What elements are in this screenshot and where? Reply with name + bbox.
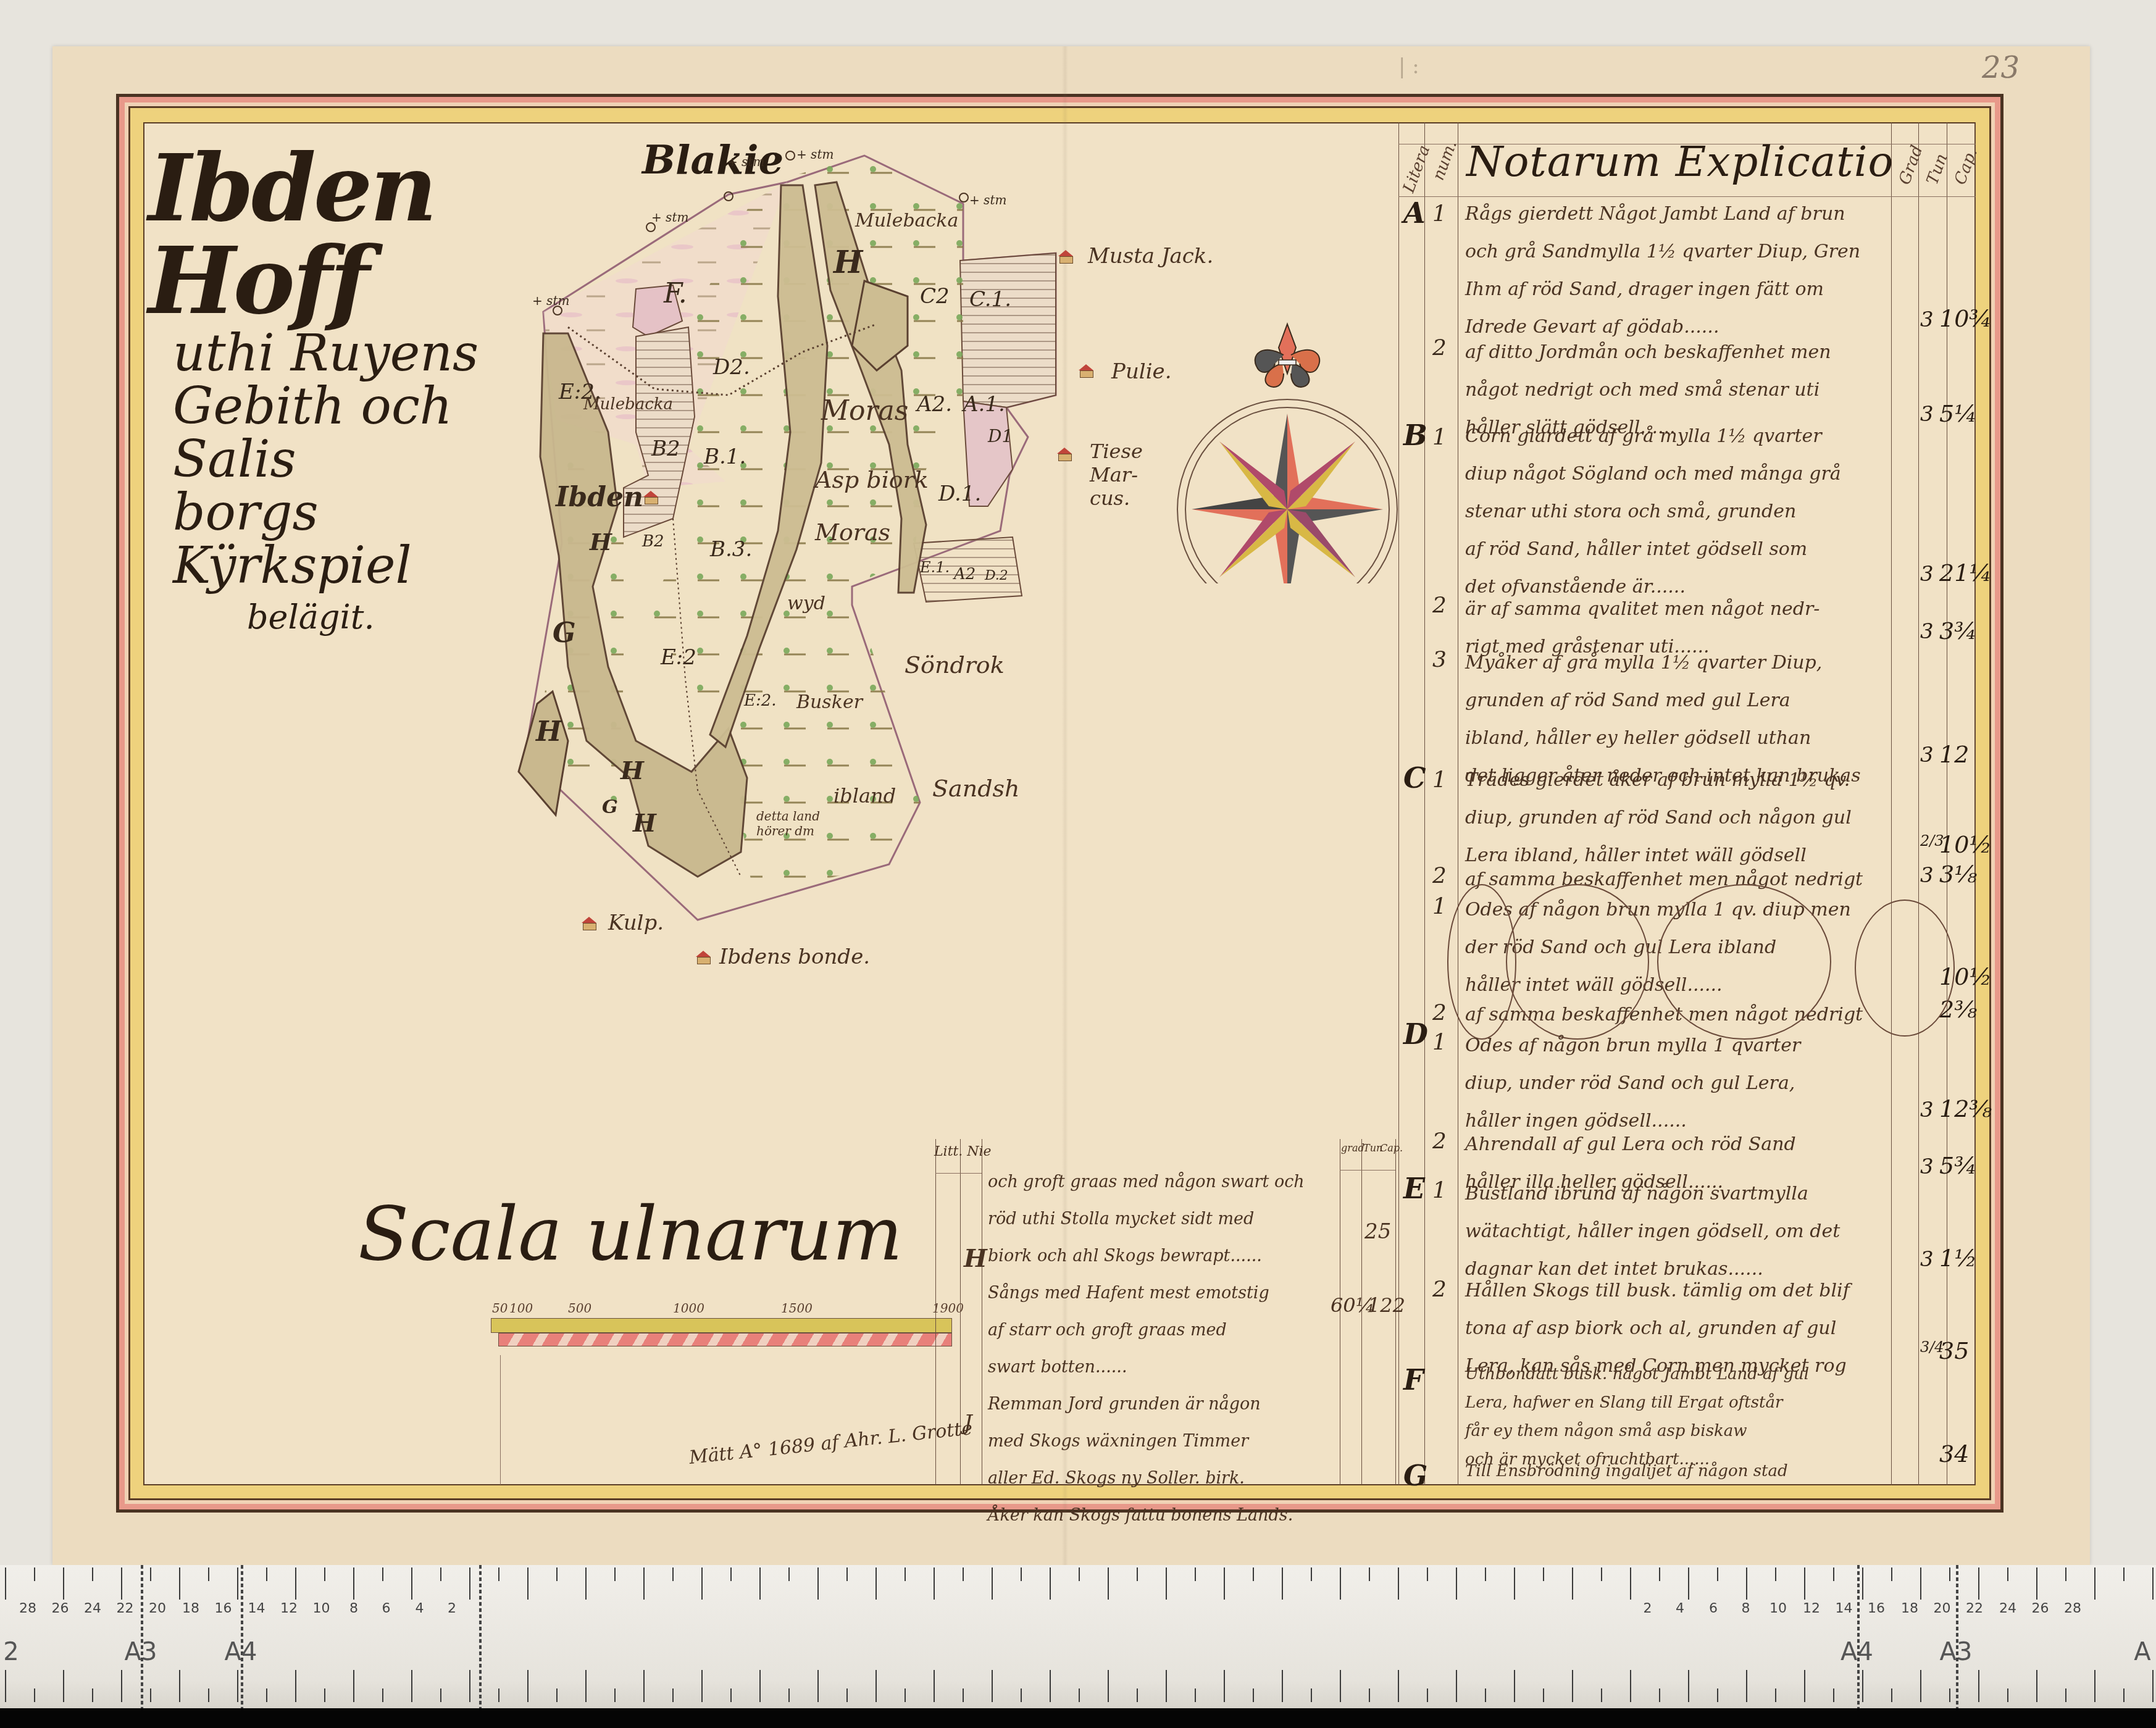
ruler-number: 18 [1901, 1601, 1918, 1616]
row-grade: 3 [1920, 402, 1934, 427]
row-line: af ditto Jordmån och beskaffenhet men [1465, 333, 1916, 371]
ruler-number: 6 [382, 1601, 391, 1616]
ruler-tick [1978, 1567, 1979, 1600]
row-line: grunden af röd Sand med gul Lera [1465, 682, 1916, 719]
ruler-tick [1717, 1688, 1718, 1702]
row-grade: 3 [1920, 1098, 1934, 1122]
ruler-tick [266, 1567, 267, 1581]
ruler-tick [992, 1567, 993, 1600]
label-moras: Moras [821, 395, 908, 427]
farmhouse-icon [1056, 448, 1073, 460]
scale-bar-red [498, 1333, 952, 1346]
ruler-tick [1775, 1567, 1776, 1581]
row-line: Till Ensbrödning ingalijet af någon stad [1465, 1459, 1916, 1484]
bottom-table-description: och groft graas med någon swart och röd … [988, 1164, 1309, 1534]
ruler-tick [469, 1670, 470, 1702]
row-number: 1 [1432, 201, 1447, 227]
ruler-tick [237, 1567, 238, 1600]
row-value-cap: 122 [1368, 1293, 1405, 1317]
row-area: 5¾ [1939, 1152, 1977, 1179]
row-value-tun: 25 [1364, 1219, 1391, 1244]
column-header-num: num. [1429, 138, 1461, 183]
ruler-tick [1717, 1567, 1718, 1581]
row-line: Åker kan Skogs fattu bonens Lands. [988, 1497, 1309, 1534]
ruler-tick [643, 1567, 645, 1600]
parcel-label-a2: A2. [917, 392, 952, 417]
ruler-format-label: A3 [125, 1638, 157, 1666]
ruler-tick [1920, 1567, 1921, 1600]
row-area: 10½ [1939, 831, 1992, 858]
ruler-format-label: A4 [225, 1638, 257, 1666]
row-area: 10¾ [1939, 305, 1992, 332]
ruler-tick [1224, 1670, 1225, 1702]
ruler-tick [1224, 1567, 1225, 1600]
parcel-label-c1: C.1. [969, 287, 1011, 312]
ruler-tick [1369, 1567, 1370, 1581]
ruler-number: 24 [1999, 1601, 2016, 1616]
row-line: Hållen Skogs till busk. tämlig om det bl… [1465, 1272, 1916, 1309]
ruler-tick [556, 1688, 558, 1702]
ruler-tick [1688, 1567, 1689, 1600]
ruler-tick [1311, 1688, 1312, 1702]
ruler-tick [324, 1567, 325, 1581]
parcel-label-mulebacka: Mulebacka [583, 395, 673, 414]
row-number: 2 [1432, 1277, 1447, 1302]
ruler-tick [382, 1567, 383, 1581]
ruler-tick [1398, 1567, 1399, 1600]
ruler-tick [556, 1567, 558, 1581]
ruler-tick [614, 1688, 616, 1702]
ruler-tick [1485, 1688, 1486, 1702]
ruler-number: 10 [1770, 1601, 1787, 1616]
row-line: Remman Jord grunden är någon [988, 1386, 1309, 1423]
table-rule [982, 1139, 982, 1485]
row-area: 35 [1939, 1337, 1969, 1364]
ruler-tick [1079, 1688, 1080, 1702]
row-area: 1½ [1939, 1245, 1977, 1272]
format-marker-line [241, 1565, 243, 1708]
row-line: af röd Sand, håller intet gödsell som [1465, 530, 1916, 568]
farmhouse-icon [695, 951, 712, 963]
ruler-tick [1978, 1670, 1979, 1702]
ruler-tick [411, 1670, 412, 1702]
row-letter: F [1403, 1363, 1424, 1396]
row-area: 5¼ [1939, 400, 1977, 427]
ruler-tick [1253, 1688, 1254, 1702]
title-line-3: Gebith och Salis [173, 380, 568, 486]
row-line: aller Ed. Skogs ny Soller. birk. [988, 1460, 1309, 1497]
scale-tick: 1500 [781, 1301, 813, 1316]
ruler-number: 14 [248, 1601, 265, 1616]
row-description: Odes af någon brun mylla 1 qvarter diup,… [1465, 1027, 1916, 1140]
table-rule [1340, 1170, 1395, 1171]
ruler-tick [1804, 1567, 1805, 1600]
ruler-tick [295, 1670, 296, 1702]
parcel-label-b3: B.3. [710, 537, 752, 562]
ruler-tick [1021, 1567, 1022, 1581]
boundary-mark-1: + stm [727, 154, 764, 169]
pencil-mark: | : [1398, 54, 1419, 79]
row-line: och grå Sandmylla 1½ qvarter Diup, Gren [1465, 233, 1916, 270]
title-line-4: borgs Kÿrkspiel [173, 486, 568, 593]
ruler-tick [2152, 1567, 2154, 1600]
row-line: tona af asp biork och al, grunden af gul [1465, 1309, 1916, 1347]
ruler-tick [1514, 1567, 1515, 1600]
label-ibland: ibland [834, 784, 896, 808]
row-number: 1 [1432, 425, 1447, 450]
row-line: diup något Sögland och med många grå [1465, 455, 1916, 493]
table-rule [935, 1173, 982, 1174]
ruler-number: 16 [215, 1601, 232, 1616]
ruler-tick [1601, 1567, 1602, 1581]
parcel-label-h-north: H [834, 244, 863, 280]
ruler-tick [2123, 1688, 2125, 1702]
ruler-tick [905, 1688, 906, 1702]
parcel-label-d2: D2. [713, 355, 750, 380]
row-line: Myåker af grå mylla 1½ qvarter Diup, [1465, 644, 1916, 682]
row-letter: A [1403, 196, 1426, 230]
boundary-mark-2: + stm [796, 147, 834, 162]
boundary-mark-3: + stm [651, 210, 688, 225]
parcel-label-f: F. [664, 278, 687, 309]
row-area: 3¾ [1939, 617, 1977, 645]
ruler-tick [1311, 1567, 1312, 1581]
row-line: och groft graas med någon swart och [988, 1164, 1309, 1201]
ruler-tick [1108, 1567, 1109, 1600]
ruler-tick [817, 1567, 819, 1600]
ruler-tick [2036, 1567, 2037, 1600]
ruler-tick [788, 1567, 790, 1581]
ruler-tick [1833, 1567, 1834, 1581]
row-line: wätachtigt, håller ingen gödsell, om det [1465, 1213, 1916, 1250]
ruler-format-label: A3 [1940, 1638, 1973, 1666]
ruler-tick [498, 1688, 499, 1702]
parcel-label-e1: E.1. [920, 559, 950, 576]
parcel-label-e2-south: E:2 [661, 645, 696, 670]
ruler-tick [1862, 1567, 1863, 1600]
label-asp-biork: Asp biork [815, 466, 929, 493]
ruler-tick [934, 1670, 935, 1702]
parcel-label-h-pond: H [633, 809, 656, 838]
ruler-number: 8 [349, 1601, 358, 1616]
row-description: Till Ensbrödning ingalijet af någon stad [1465, 1459, 1916, 1484]
ruler-tick [585, 1670, 587, 1702]
scan-bed-edge [0, 1708, 2156, 1728]
fleur-de-lis-icon [1255, 324, 1320, 387]
row-grade: 3 [1920, 743, 1934, 767]
ruler-format-label: A4 [1841, 1638, 1873, 1666]
parcel-label-c2: C2 [920, 284, 950, 309]
ruler-tick [63, 1567, 64, 1600]
bottom-description-table: Litt. Nie grad Tun Cap. H J och groft gr… [935, 1139, 1395, 1485]
ruler-tick [1514, 1670, 1515, 1702]
row-line: Corn giardett af grå mylla 1½ qvarter [1465, 417, 1916, 455]
ruler-number: 4 [416, 1601, 424, 1616]
ruler-tick [208, 1567, 209, 1581]
parcel-label-b2-lower: B2 [642, 532, 664, 551]
row-line: med Skogs wäxningen Timmer [988, 1423, 1309, 1460]
place-ibden: Ibden [556, 482, 643, 513]
ruler-tick [1485, 1567, 1486, 1581]
parcel-label-d1-small: D1 [988, 426, 1013, 446]
row-line: stenar uthi stora och små, grunden [1465, 493, 1916, 530]
row-letter: C [1403, 761, 1426, 795]
ruler-tick [788, 1688, 790, 1702]
ruler-tick [1891, 1567, 1892, 1581]
parcel-label-h-southwest: H [536, 716, 562, 748]
row-area: 12⅜ [1939, 1095, 1992, 1122]
table-rule [1918, 122, 1919, 1485]
column-header-grad: grad [1341, 1142, 1364, 1154]
ruler-tick [992, 1670, 993, 1702]
ruler-tick [2152, 1670, 2154, 1702]
scale-tick: 100 [509, 1301, 533, 1316]
row-line: får ey them någon små asp biskaw [1465, 1417, 1916, 1445]
ruler-tick [237, 1670, 238, 1702]
scale-frame-line [500, 1355, 501, 1485]
ruler-tick [701, 1567, 703, 1600]
label-moras-lower: Moras [815, 519, 890, 546]
format-marker-line [141, 1565, 143, 1708]
label-sondrok: Söndrok [905, 651, 1005, 678]
ruler-tick [411, 1567, 412, 1600]
ruler-tick [150, 1688, 151, 1702]
row-grade: 3 [1920, 619, 1934, 644]
label-detta-land: detta land hörer dm [756, 809, 824, 838]
ruler-edge-label: 2 [3, 1638, 19, 1666]
row-line: Trädes gierdet åker af brun mylla 1½ qv. [1465, 761, 1916, 799]
ruler-tick [1891, 1688, 1892, 1702]
ruler-tick [672, 1688, 674, 1702]
row-line: af starr och groft graas med [988, 1312, 1309, 1349]
format-marker-line [1857, 1565, 1860, 1708]
map-title: Ibden Hoff uthi Ruyens Gebith och Salis … [148, 142, 568, 637]
ruler-number: 20 [149, 1601, 166, 1616]
ruler-tick [905, 1567, 906, 1581]
ruler-tick [1050, 1670, 1051, 1702]
row-line: Bustland ibrund af någon svartmylla [1465, 1175, 1916, 1213]
parcel-label-h-south: H [620, 756, 644, 785]
notarum-explicatio-table: Litera num. Grad Tun Cap. Notarum Explic… [1398, 122, 1976, 1485]
ruler-tick [759, 1567, 761, 1600]
ruler-tick [1659, 1567, 1660, 1581]
row-description: Trädes gierdet åker af brun mylla 1½ qv.… [1465, 761, 1916, 874]
notes-table-title: Notarum Explicatio [1466, 138, 1894, 186]
row-description: Rågs gierdett Något Jambt Land af brun o… [1465, 195, 1916, 346]
place-ibdens-bonde: Ibdens bonde. [719, 945, 870, 969]
column-header-litt: Litt. Nie [934, 1144, 992, 1159]
ruler-tick [1456, 1567, 1457, 1600]
ruler-tick [1253, 1567, 1254, 1581]
row-grade: 3 [1920, 1154, 1934, 1179]
row-line: något nedrigt och med små stenar uti [1465, 371, 1916, 409]
row-line: Odes af någon brun mylla 1 qvarter [1465, 1027, 1916, 1064]
ruler-tick [1572, 1567, 1573, 1600]
ruler-tick [121, 1670, 122, 1702]
scale-tick: 500 [568, 1301, 591, 1316]
parcel-label-d2-south: D.2 [985, 568, 1008, 583]
ruler-tick [672, 1567, 674, 1581]
ruler-tick [1427, 1567, 1428, 1581]
ruler-tick [382, 1688, 383, 1702]
parcel-label-b2: B2 [651, 436, 680, 461]
ruler-tick [1079, 1567, 1080, 1581]
parcel-label-a1: A.1. [963, 392, 1005, 417]
row-line: Sångs med Hafent mest emotstig [988, 1275, 1309, 1312]
ruler-number: 10 [313, 1601, 330, 1616]
farmhouse-icon [1077, 364, 1095, 377]
ruler-tick [1340, 1670, 1341, 1702]
format-marker-line [1956, 1565, 1958, 1708]
farmhouse-icon [580, 917, 598, 929]
title-line-2: uthi Ruyens [173, 327, 568, 380]
parcel-label-e2-east: E:2. [744, 691, 777, 710]
row-number: 2 [1432, 593, 1447, 618]
format-marker-line [479, 1565, 482, 1708]
ruler-tick [585, 1567, 587, 1600]
ruler-tick [934, 1567, 935, 1600]
table-rule [1424, 122, 1425, 1485]
row-area: 21¼ [1939, 559, 1992, 586]
ruler-tick [353, 1567, 354, 1600]
ruler-tick [5, 1670, 6, 1702]
ruler-number: 22 [117, 1601, 134, 1616]
ruler-tick [527, 1567, 529, 1600]
ruler-tick [2065, 1688, 2066, 1702]
row-area: 34 [1939, 1440, 1969, 1467]
row-letter: G [1403, 1459, 1427, 1492]
ruler-tick [150, 1567, 151, 1581]
label-busker: Busker [796, 691, 863, 713]
ruler-number: 12 [280, 1601, 298, 1616]
place-pulie: Pulie. [1111, 359, 1171, 384]
ruler-number: 6 [1709, 1601, 1718, 1616]
column-header-grad: Grad [1895, 143, 1927, 188]
row-grade: 3 [1920, 562, 1934, 586]
ruler-tick [846, 1688, 848, 1702]
ruler-tick [1398, 1670, 1399, 1702]
scale-tick: 50 [492, 1301, 508, 1316]
row-letter: D [1403, 1017, 1428, 1051]
ruler-tick [2094, 1670, 2095, 1702]
ruler-tick [1021, 1688, 1022, 1702]
parcel-label-mulebacka-north: Mulebacka [855, 210, 958, 232]
boundary-mark-5: + stm [969, 193, 1006, 207]
ruler-tick [1050, 1567, 1051, 1600]
ruler-tick [846, 1567, 848, 1581]
ruler-tick [2065, 1567, 2066, 1581]
row-description: Corn giardett af grå mylla 1½ qvarter di… [1465, 417, 1916, 606]
ruler-tick [1630, 1567, 1631, 1600]
ruler-tick [498, 1567, 499, 1581]
ruler-tick [2007, 1688, 2008, 1702]
ruler-tick [1949, 1567, 1950, 1581]
ruler-tick [730, 1688, 732, 1702]
ruler-tick [208, 1688, 209, 1702]
ruler-tick [1195, 1567, 1196, 1581]
row-number: 1 [1432, 1178, 1447, 1203]
ruler-number: 26 [2032, 1601, 2049, 1616]
row-letter: B [1403, 419, 1427, 452]
ruler-tick [1108, 1670, 1109, 1702]
ruler-number: 18 [182, 1601, 199, 1616]
row-grade: 3 [1920, 1247, 1934, 1272]
ruler-tick [1456, 1670, 1457, 1702]
ruler-tick [643, 1670, 645, 1702]
ruler-tick [1833, 1688, 1834, 1702]
row-number: 1 [1432, 767, 1447, 793]
ruler-number: 12 [1803, 1601, 1820, 1616]
page-number: 23 [1982, 51, 2020, 85]
row-line: Lera, hafwer en Slang till Ergat oftstår [1465, 1388, 1916, 1417]
parcel-label-b1: B.1. [704, 445, 746, 469]
row-area: 12 [1939, 741, 1969, 768]
row-line: röd uthi Stolla mycket sidt med [988, 1201, 1309, 1238]
row-line: biork och ahl Skogs bewrapt...... [988, 1238, 1309, 1275]
parcel-label-h-west: H [590, 528, 612, 556]
row-number: 1 [1432, 1030, 1447, 1055]
ruler-tick [324, 1688, 325, 1702]
row-description: Uthbondatt busk. något Jambt Land af gul… [1465, 1360, 1916, 1474]
ruler-number: 2 [448, 1601, 456, 1616]
ruler-number: 26 [52, 1601, 69, 1616]
ruler-tick [266, 1688, 267, 1702]
parcel-label-g-south: G [602, 796, 618, 818]
compass-rose [1176, 262, 1398, 583]
ruler-tick [875, 1670, 877, 1702]
ruler-tick [527, 1670, 529, 1702]
ruler-tick [63, 1670, 64, 1702]
ruler-tick [469, 1567, 470, 1600]
ruler-number: 28 [2064, 1601, 2081, 1616]
cancellation-scribble [1423, 882, 1966, 1042]
table-rule [1458, 122, 1458, 1485]
ruler-tick [614, 1567, 616, 1581]
place-tiese-marcus: Tiese Mar-cus. [1090, 440, 1164, 510]
ruler-tick [1659, 1688, 1660, 1702]
ruler-tick [1543, 1688, 1544, 1702]
ruler-tick [2036, 1670, 2037, 1702]
row-line: ibland, håller ey heller gödsell uthan [1465, 719, 1916, 757]
row-number: 2 [1432, 1129, 1447, 1154]
ruler-tick [1543, 1567, 1544, 1581]
row-number: 3 [1432, 647, 1447, 672]
title-line-5: belägit. [247, 598, 568, 637]
column-header-cap: Cap. [1380, 1142, 1403, 1154]
ruler-tick [1862, 1670, 1863, 1702]
ruler-tick [5, 1567, 6, 1600]
row-letter: E [1403, 1172, 1425, 1205]
ruler-tick [353, 1670, 354, 1702]
ruler-number: 24 [84, 1601, 101, 1616]
ruler-tick [1630, 1670, 1631, 1702]
ruler-tick [1688, 1670, 1689, 1702]
ruler-tick [963, 1567, 964, 1581]
ruler-tick [963, 1688, 964, 1702]
ruler-tick [701, 1670, 703, 1702]
ruler-tick [1746, 1670, 1747, 1702]
ruler-number: 14 [1836, 1601, 1853, 1616]
ruler-tick [1427, 1688, 1428, 1702]
ruler-number: 2 [1644, 1601, 1652, 1616]
ruler-number: 20 [1934, 1601, 1951, 1616]
ruler-tick [440, 1567, 441, 1581]
measurement-ruler: 28 26 24 22 20 18 16 14 12 10 8 6 4 2 2 … [0, 1565, 2156, 1708]
ruler-number: 4 [1676, 1601, 1684, 1616]
ruler-edge-label: A [2134, 1638, 2150, 1666]
scale-bar-yellow [491, 1318, 952, 1333]
ruler-tick [179, 1567, 180, 1600]
